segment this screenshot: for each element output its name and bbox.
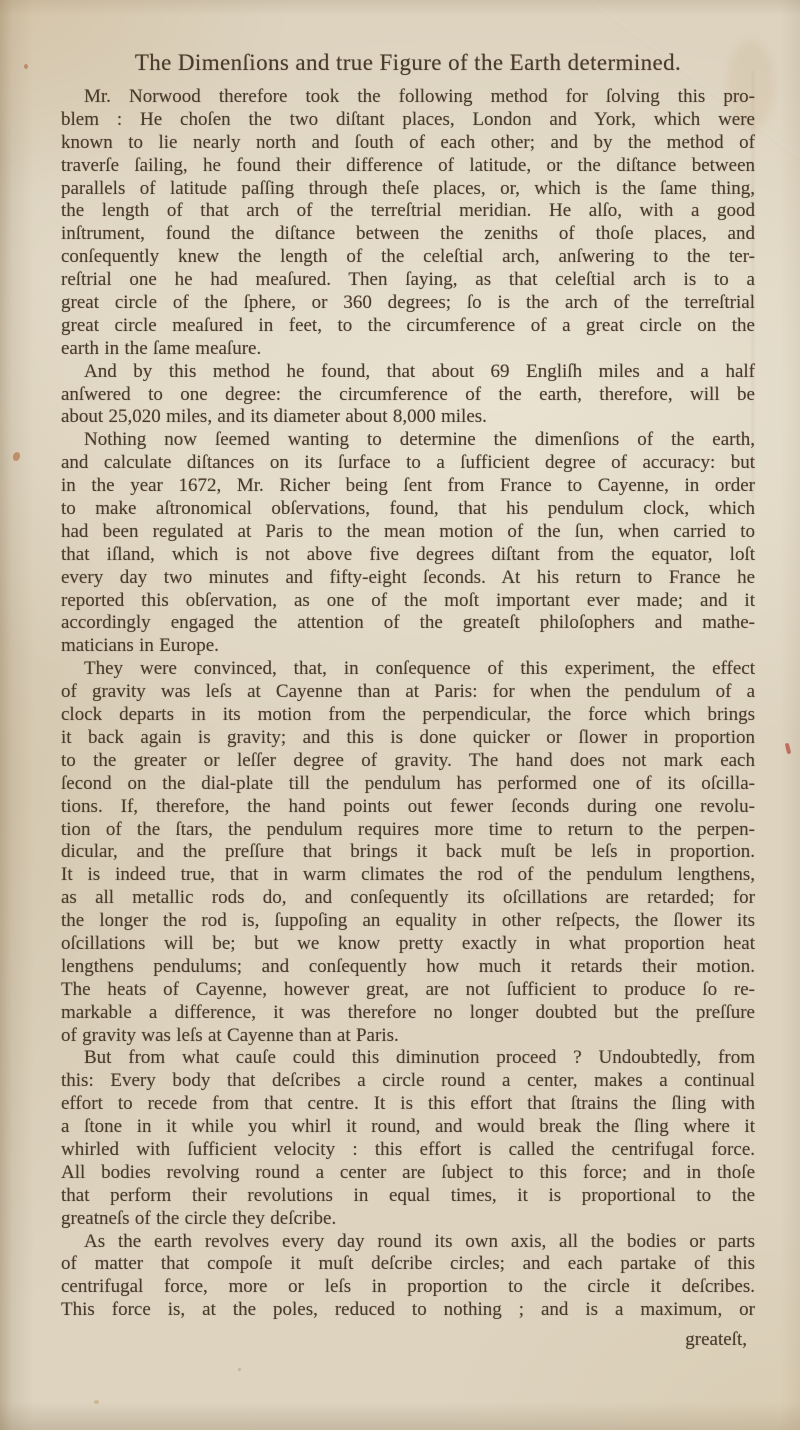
text-line: great circle of the ſphere, or 360 degre… (61, 292, 755, 315)
paragraph: They were convinced, that, in conſequenc… (61, 658, 755, 1047)
text-line: conſequently knew the length of the cele… (61, 246, 755, 269)
text-line: maticians in Europe. (61, 635, 755, 658)
text-line: about 25,020 miles, and its diameter abo… (61, 406, 755, 429)
text-line: Mr. Norwood therefore took the following… (61, 86, 755, 109)
text-line: oſcillations will be; but we know pretty… (61, 933, 755, 956)
text-line: of matter that compoſe it muſt deſcribe … (61, 1253, 755, 1276)
ink-speck (94, 1400, 99, 1404)
text-line: anſwered to one degree: the circumferenc… (61, 384, 755, 407)
text-line: This force is, at the poles, reduced to … (61, 1299, 755, 1322)
text-line: The heats of Cayenne, however great, are… (61, 979, 755, 1002)
text-line: that perform their revolutions in equal … (61, 1185, 755, 1208)
book-page: The Dimenſions and true Figure of the Ea… (0, 0, 800, 1430)
text-line: this: Every body that deſcribes a circle… (61, 1070, 755, 1093)
text-line: effort to recede from that centre. It is… (61, 1093, 755, 1116)
text-line: ſecond on the dial-plate till the pendul… (61, 773, 755, 796)
page-heading: The Dimenſions and true Figure of the Ea… (61, 50, 755, 76)
text-line: lengthens pendulums; and conſequently ho… (61, 956, 755, 979)
text-line: It is indeed true, that in warm climates… (61, 864, 755, 887)
text-line: had been regulated at Paris to the mean … (61, 521, 755, 544)
text-line: it back again is gravity; and this is do… (61, 727, 755, 750)
text-line: earth in the ſame meaſure. (61, 338, 755, 361)
paragraph: And by this method he found, that about … (61, 361, 755, 430)
page-content: The Dimenſions and true Figure of the Ea… (61, 50, 755, 1351)
text-line: a ſtone in it while you whirl it round, … (61, 1116, 755, 1139)
text-line: accordingly engaged the attention of the… (61, 612, 755, 635)
ink-speck (12, 451, 22, 462)
body-text: Mr. Norwood therefore took the following… (61, 86, 755, 1322)
text-line: blem : He choſen the two diſtant places,… (61, 109, 755, 132)
text-line: every day two minutes and fifty-eight ſe… (61, 567, 755, 590)
text-line: They were convinced, that, in conſequenc… (61, 658, 755, 681)
text-line: to make aſtronomical obſervations, found… (61, 498, 755, 521)
text-line: that iſland, which is not above five deg… (61, 544, 755, 567)
text-line: reported this obſervation, as one of the… (61, 590, 755, 613)
ink-speck (24, 64, 28, 69)
paragraph: As the earth revolves every day round it… (61, 1231, 755, 1323)
text-line: to the greater or leſſer degree of gravi… (61, 750, 755, 773)
text-line: Nothing now ſeemed wanting to determine … (61, 429, 755, 452)
text-line: And by this method he found, that about … (61, 361, 755, 384)
text-line: of gravity was leſs at Cayenne than at P… (61, 1025, 755, 1048)
text-line: tions. If, therefore, the hand points ou… (61, 796, 755, 819)
text-line: greatneſs of the circle they deſcribe. (61, 1208, 755, 1231)
ink-speck (238, 1368, 241, 1371)
text-line: and calculate diſtances on its ſurface t… (61, 452, 755, 475)
paragraph: Mr. Norwood therefore took the following… (61, 86, 755, 361)
text-line: dicular, and the preſſure that brings it… (61, 841, 755, 864)
text-line: parallels of latitude paſſing through th… (61, 178, 755, 201)
text-line: in the year 1672, Mr. Richer being ſent … (61, 475, 755, 498)
catchword: greateſt, (61, 1328, 755, 1351)
text-line: centrifugal force, more or leſs in propo… (61, 1276, 755, 1299)
text-line: the length of that arch of the terreſtri… (61, 200, 755, 223)
text-line: whirled with ſufficient velocity : this … (61, 1139, 755, 1162)
text-line: known to lie nearly north and ſouth of e… (61, 132, 755, 155)
text-line: All bodies revolving round a center are … (61, 1162, 755, 1185)
text-line: As the earth revolves every day round it… (61, 1231, 755, 1254)
text-line: great circle meaſured in feet, to the ci… (61, 315, 755, 338)
text-line: as all metallic rods do, and conſequentl… (61, 887, 755, 910)
text-line: clock departs in its motion from the per… (61, 704, 755, 727)
paragraph: But from what cauſe could this diminutio… (61, 1047, 755, 1230)
text-line: of gravity was leſs at Cayenne than at P… (61, 681, 755, 704)
text-line: inſtrument, found the diſtance between t… (61, 223, 755, 246)
paragraph: Nothing now ſeemed wanting to determine … (61, 429, 755, 658)
ink-speck (785, 743, 792, 755)
text-line: reſtrial one he had meaſured. Then ſayin… (61, 269, 755, 292)
text-line: tion of the ſtars, the pendulum requires… (61, 819, 755, 842)
text-line: But from what cauſe could this diminutio… (61, 1047, 755, 1070)
text-line: markable a difference, it was therefore … (61, 1002, 755, 1025)
text-line: traverſe ſailing, he found their differe… (61, 155, 755, 178)
text-line: the longer the rod is, ſuppoſing an equa… (61, 910, 755, 933)
